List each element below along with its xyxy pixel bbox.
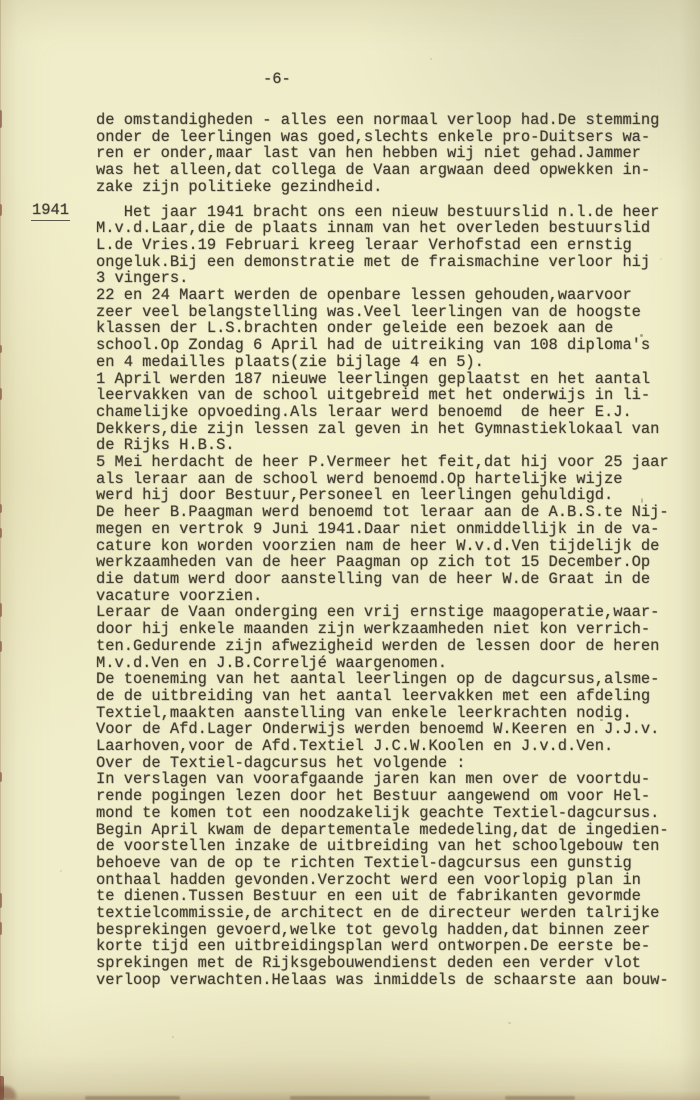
paper-speck xyxy=(430,58,432,60)
page-number: -6- xyxy=(263,71,291,88)
scan-left-edge-line xyxy=(0,0,1,1100)
scanned-document-page: -6- 1941 de omstandigheden - alles een n… xyxy=(0,0,700,1100)
paper-speck xyxy=(641,498,643,503)
paper-speck xyxy=(172,1036,174,1038)
paper-speck xyxy=(60,870,62,872)
scan-edge-mark xyxy=(0,893,2,908)
scan-edge-mark xyxy=(0,345,2,353)
paper-speck xyxy=(600,719,603,721)
scan-edge-mark xyxy=(0,388,2,400)
paragraph-introduction: de omstandigheden - alles een normaal ve… xyxy=(96,112,678,196)
scan-edge-mark xyxy=(0,603,2,617)
paper-speck xyxy=(640,334,643,337)
paper-speck xyxy=(508,1022,511,1024)
margin-note-year: 1941 xyxy=(31,202,70,221)
scan-edge-mark xyxy=(0,641,2,652)
scan-edge-mark xyxy=(0,204,2,216)
paragraph-year-1941: Het jaar 1941 bracht ons een nieuw bestu… xyxy=(96,204,678,989)
scan-edge-mark xyxy=(0,110,2,128)
scan-edge-mark xyxy=(0,504,2,513)
body-text: de omstandigheden - alles een normaal ve… xyxy=(96,112,678,989)
scan-bottom-mark xyxy=(85,1096,180,1100)
scan-edge-mark xyxy=(0,922,2,935)
scan-bottom-mark xyxy=(290,1096,430,1100)
scan-edge-mark xyxy=(0,772,2,782)
scan-edge-mark xyxy=(0,528,2,538)
scan-bottom-mark xyxy=(505,1096,575,1100)
paper-speck xyxy=(660,258,662,260)
